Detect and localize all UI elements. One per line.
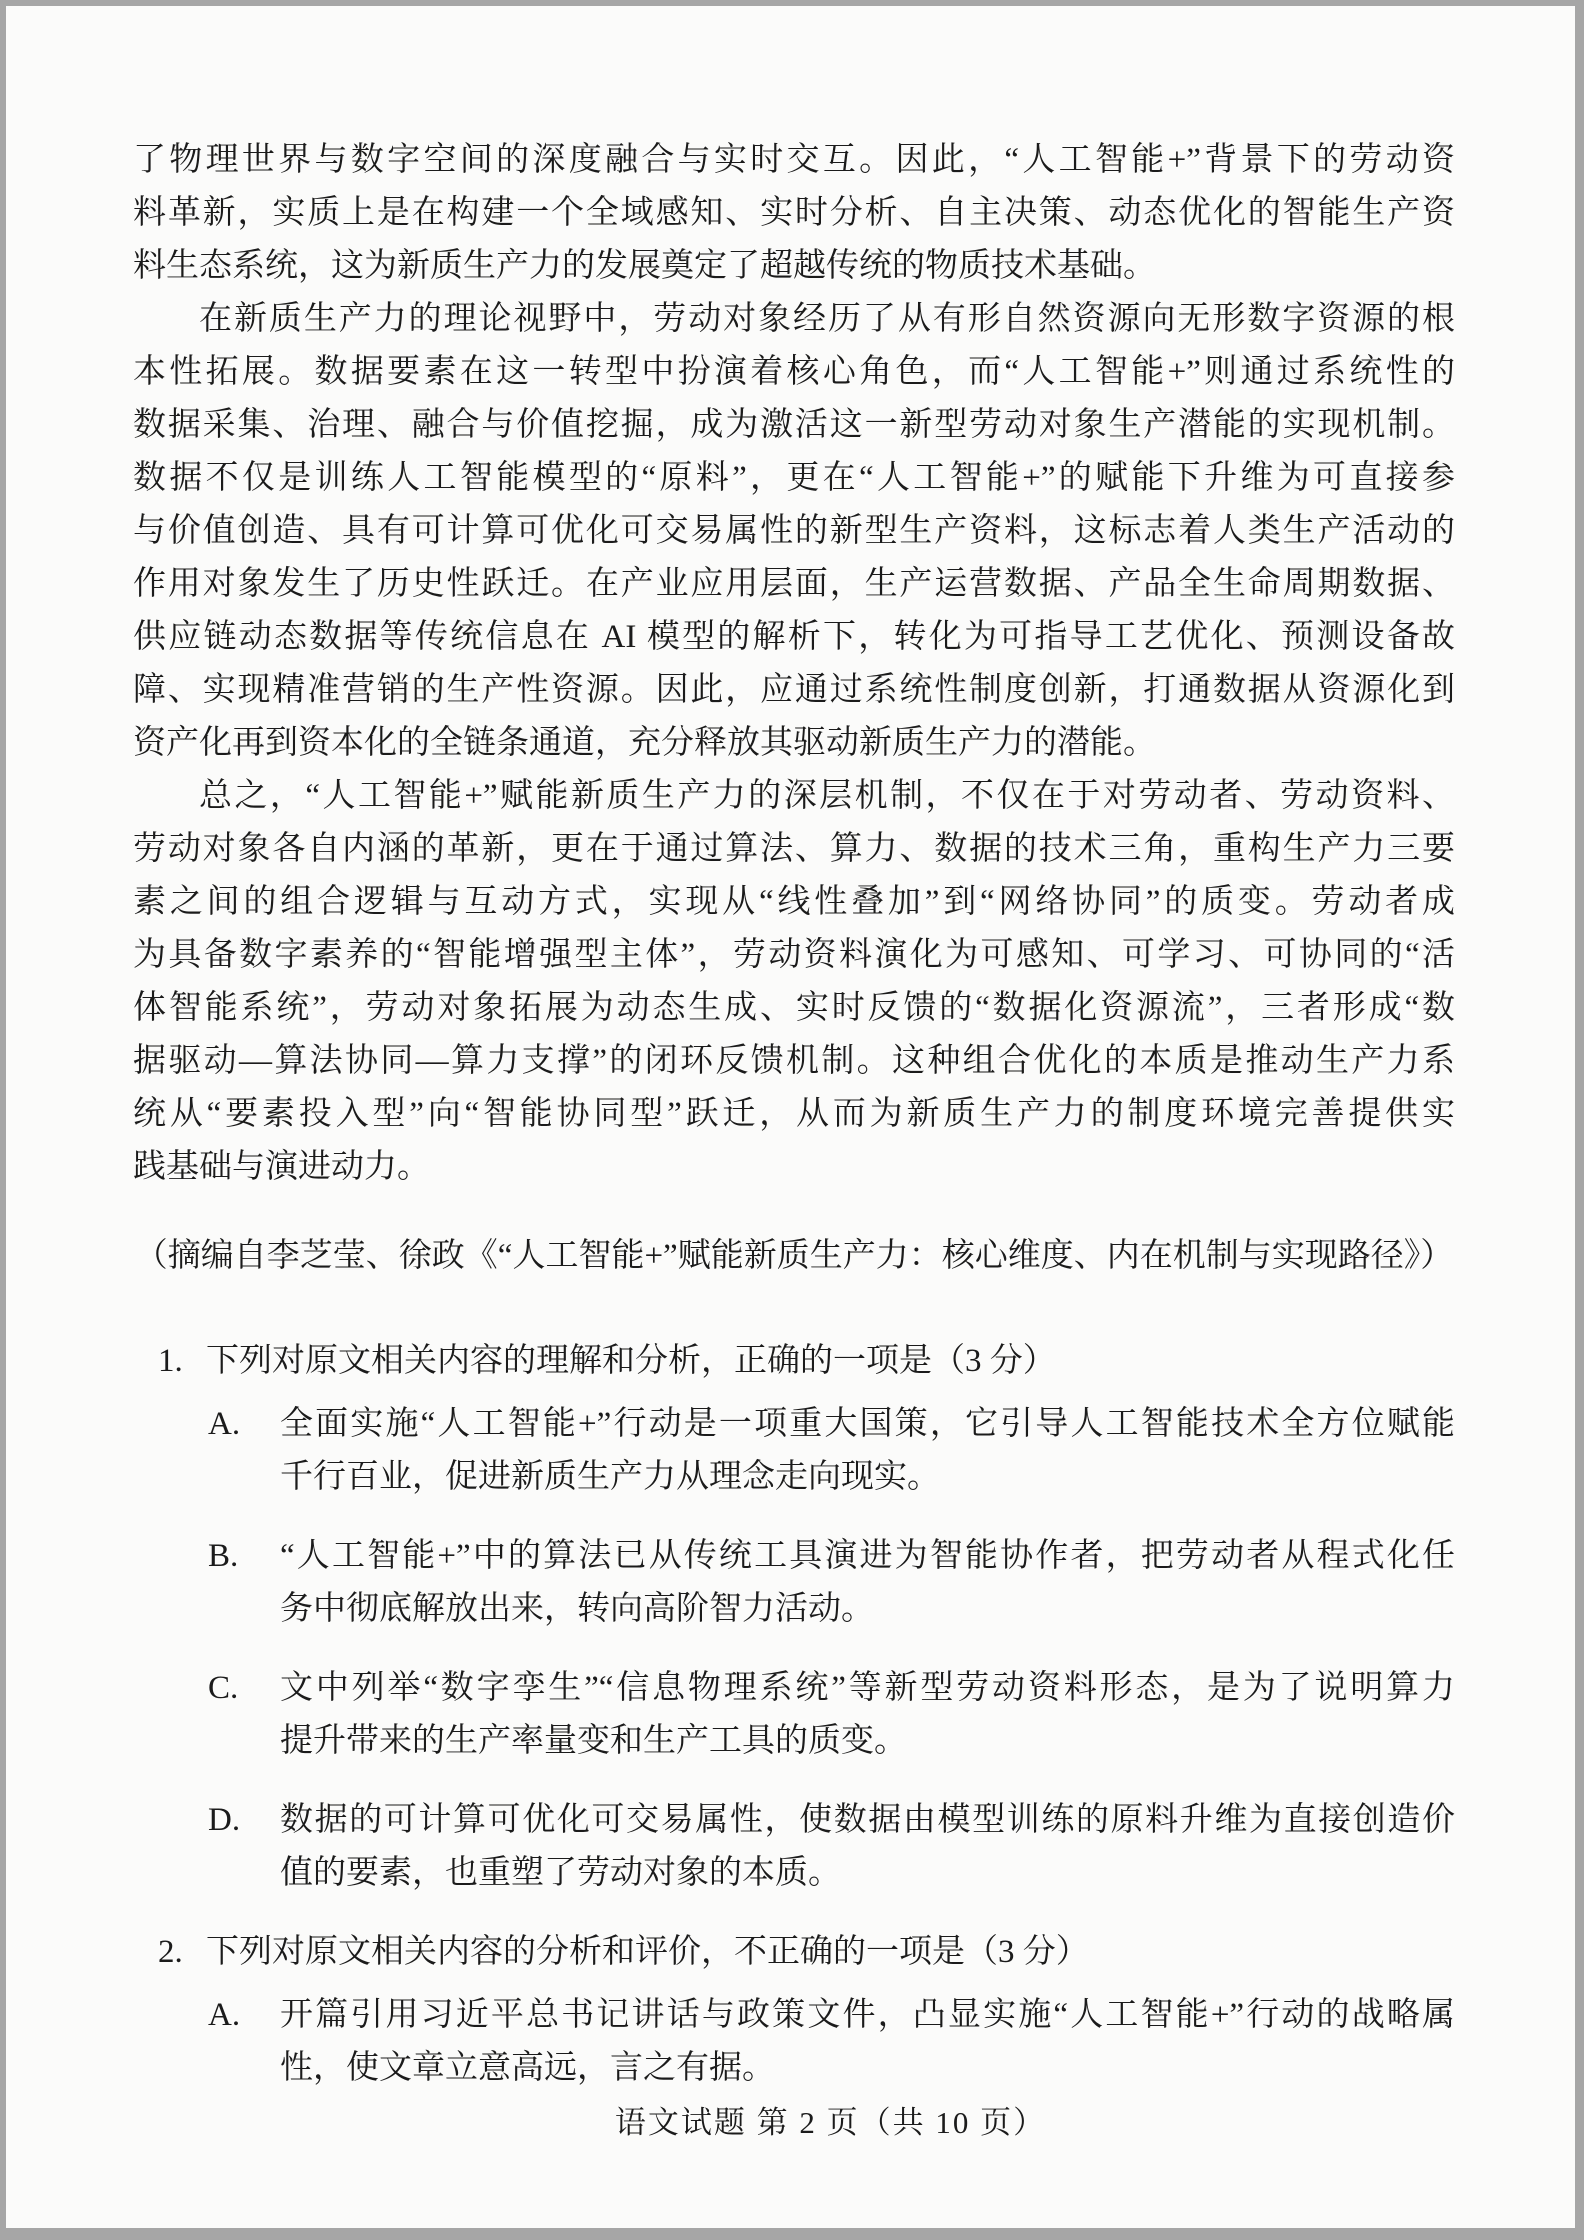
option-text: 文中列举“数字孪生”“信息物理系统”等新型劳动资料形态，是为了说明算力 提升带来… (280, 1662, 1455, 1768)
option-line: 千行百业，促进新质生产力从理念走向现实。 (280, 1451, 1455, 1504)
question-1-option-b: B. “人工智能+”中的算法已从传统工具演进为智能协作者，把劳动者从程式化任 务… (133, 1530, 1455, 1636)
option-line: “人工智能+”中的算法已从传统工具演进为智能协作者，把劳动者从程式化任 (280, 1530, 1455, 1583)
option-line: 文中列举“数字孪生”“信息物理系统”等新型劳动资料形态，是为了说明算力 (280, 1662, 1455, 1715)
question-2-option-a: A. 开篇引用习近平总书记讲话与政策文件，凸显实施“人工智能+”行动的战略属 性… (133, 1989, 1455, 2095)
option-line: 务中彻底解放出来，转向高阶智力活动。 (280, 1583, 1455, 1636)
question-stem-text: 下列对原文相关内容的分析和评价，不正确的一项是（3 分） (206, 1926, 1455, 1979)
passage-line: 资产化再到资本化的全链条通道，充分释放其驱动新质生产力的潜能。 (133, 717, 1455, 770)
question-1: 1. 下列对原文相关内容的理解和分析，正确的一项是（3 分） A. 全面实施“人… (133, 1335, 1455, 1900)
passage-line: 障、实现精准营销的生产性资源。因此，应通过系统性制度创新，打通数据从资源化到 (133, 664, 1455, 717)
passage-attribution: （摘编自李芝莹、徐政《“人工智能+”赋能新质生产力：核心维度、内在机制与实现路径… (133, 1230, 1455, 1283)
passage-line: 为具备数字素养的“智能增强型主体”，劳动资料演化为可感知、可学习、可协同的“活 (133, 929, 1455, 982)
option-text: 开篇引用习近平总书记讲话与政策文件，凸显实施“人工智能+”行动的战略属 性，使文… (280, 1989, 1455, 2095)
option-label: A. (208, 1989, 280, 2095)
question-1-stem: 1. 下列对原文相关内容的理解和分析，正确的一项是（3 分） (133, 1335, 1455, 1388)
passage-line: 与价值创造、具有可计算可优化可交易属性的新型生产资料，这标志着人类生产活动的 (133, 505, 1455, 558)
option-line: 值的要素，也重塑了劳动对象的本质。 (280, 1847, 1455, 1900)
passage-line: 体智能系统”，劳动对象拓展为动态生成、实时反馈的“数据化资源流”，三者形成“数 (133, 982, 1455, 1035)
passage-line: 统从“要素投入型”向“智能协同型”跃迁，从而为新质生产力的制度环境完善提供实 (133, 1088, 1455, 1141)
question-number: 1. (158, 1335, 206, 1388)
question-2-stem: 2. 下列对原文相关内容的分析和评价，不正确的一项是（3 分） (133, 1926, 1455, 1979)
option-text: 数据的可计算可优化可交易属性，使数据由模型训练的原料升维为直接创造价 值的要素，… (280, 1794, 1455, 1900)
option-text: 全面实施“人工智能+”行动是一项重大国策，它引导人工智能技术全方位赋能 千行百业… (280, 1398, 1455, 1504)
passage-paragraph-3: 总之，“人工智能+”赋能新质生产力的深层机制，不仅在于对劳动者、劳动资料、 劳动… (133, 770, 1455, 1194)
question-stem-text: 下列对原文相关内容的理解和分析，正确的一项是（3 分） (206, 1335, 1455, 1388)
reading-passage: 了物理世界与数字空间的深度融合与实时交互。因此，“人工智能+”背景下的劳动资 料… (133, 134, 1455, 1194)
page-footer: 语文试题 第 2 页（共 10 页） (615, 2101, 1046, 2145)
passage-line: 数据不仅是训练人工智能模型的“原料”，更在“人工智能+”的赋能下升维为可直接参 (133, 452, 1455, 505)
option-label: D. (208, 1794, 280, 1900)
option-line: 全面实施“人工智能+”行动是一项重大国策，它引导人工智能技术全方位赋能 (280, 1398, 1455, 1451)
option-line: 开篇引用习近平总书记讲话与政策文件，凸显实施“人工智能+”行动的战略属 (280, 1989, 1455, 2042)
option-line: 提升带来的生产率量变和生产工具的质变。 (280, 1715, 1455, 1768)
passage-line: 据驱动—算法协同—算力支撑”的闭环反馈机制。这种组合优化的本质是推动生产力系 (133, 1035, 1455, 1088)
passage-line: 了物理世界与数字空间的深度融合与实时交互。因此，“人工智能+”背景下的劳动资 (133, 134, 1455, 187)
passage-paragraph-2: 在新质生产力的理论视野中，劳动对象经历了从有形自然资源向无形数字资源的根 本性拓… (133, 293, 1455, 770)
passage-line: 料革新，实质上是在构建一个全域感知、实时分析、自主决策、动态优化的智能生产资 (133, 187, 1455, 240)
passage-line: 在新质生产力的理论视野中，劳动对象经历了从有形自然资源向无形数字资源的根 (133, 293, 1455, 346)
passage-line: 总之，“人工智能+”赋能新质生产力的深层机制，不仅在于对劳动者、劳动资料、 (133, 770, 1455, 823)
option-line: 性，使文章立意高远，言之有据。 (280, 2042, 1455, 2095)
question-number: 2. (158, 1926, 206, 1979)
passage-paragraph-1: 了物理世界与数字空间的深度融合与实时交互。因此，“人工智能+”背景下的劳动资 料… (133, 134, 1455, 293)
option-text: “人工智能+”中的算法已从传统工具演进为智能协作者，把劳动者从程式化任 务中彻底… (280, 1530, 1455, 1636)
question-1-option-c: C. 文中列举“数字孪生”“信息物理系统”等新型劳动资料形态，是为了说明算力 提… (133, 1662, 1455, 1768)
passage-line: 素之间的组合逻辑与互动方式，实现从“线性叠加”到“网络协同”的质变。劳动者成 (133, 876, 1455, 929)
option-label: B. (208, 1530, 280, 1636)
question-2: 2. 下列对原文相关内容的分析和评价，不正确的一项是（3 分） A. 开篇引用习… (133, 1926, 1455, 2095)
passage-line: 践基础与演进动力。 (133, 1141, 1455, 1194)
passage-line: 劳动对象各自内涵的革新，更在于通过算法、算力、数据的技术三角，重构生产力三要 (133, 823, 1455, 876)
option-label: C. (208, 1662, 280, 1768)
passage-line: 料生态系统，这为新质生产力的发展奠定了超越传统的物质技术基础。 (133, 240, 1455, 293)
questions-section: 1. 下列对原文相关内容的理解和分析，正确的一项是（3 分） A. 全面实施“人… (133, 1335, 1455, 2095)
exam-paper-page: 了物理世界与数字空间的深度融合与实时交互。因此，“人工智能+”背景下的劳动资 料… (0, 0, 1584, 2240)
passage-line: 作用对象发生了历史性跃迁。在产业应用层面，生产运营数据、产品全生命周期数据、 (133, 558, 1455, 611)
question-1-option-d: D. 数据的可计算可优化可交易属性，使数据由模型训练的原料升维为直接创造价 值的… (133, 1794, 1455, 1900)
question-1-option-a: A. 全面实施“人工智能+”行动是一项重大国策，它引导人工智能技术全方位赋能 千… (133, 1398, 1455, 1504)
passage-line: 供应链动态数据等传统信息在 AI 模型的解析下，转化为可指导工艺优化、预测设备故 (133, 611, 1455, 664)
passage-line: 本性拓展。数据要素在这一转型中扮演着核心角色，而“人工智能+”则通过系统性的 (133, 346, 1455, 399)
page-content: 了物理世界与数字空间的深度融合与实时交互。因此，“人工智能+”背景下的劳动资 料… (133, 134, 1455, 2121)
option-line: 数据的可计算可优化可交易属性，使数据由模型训练的原料升维为直接创造价 (280, 1794, 1455, 1847)
passage-line: 数据采集、治理、融合与价值挖掘，成为激活这一新型劳动对象生产潜能的实现机制。 (133, 399, 1455, 452)
option-label: A. (208, 1398, 280, 1504)
